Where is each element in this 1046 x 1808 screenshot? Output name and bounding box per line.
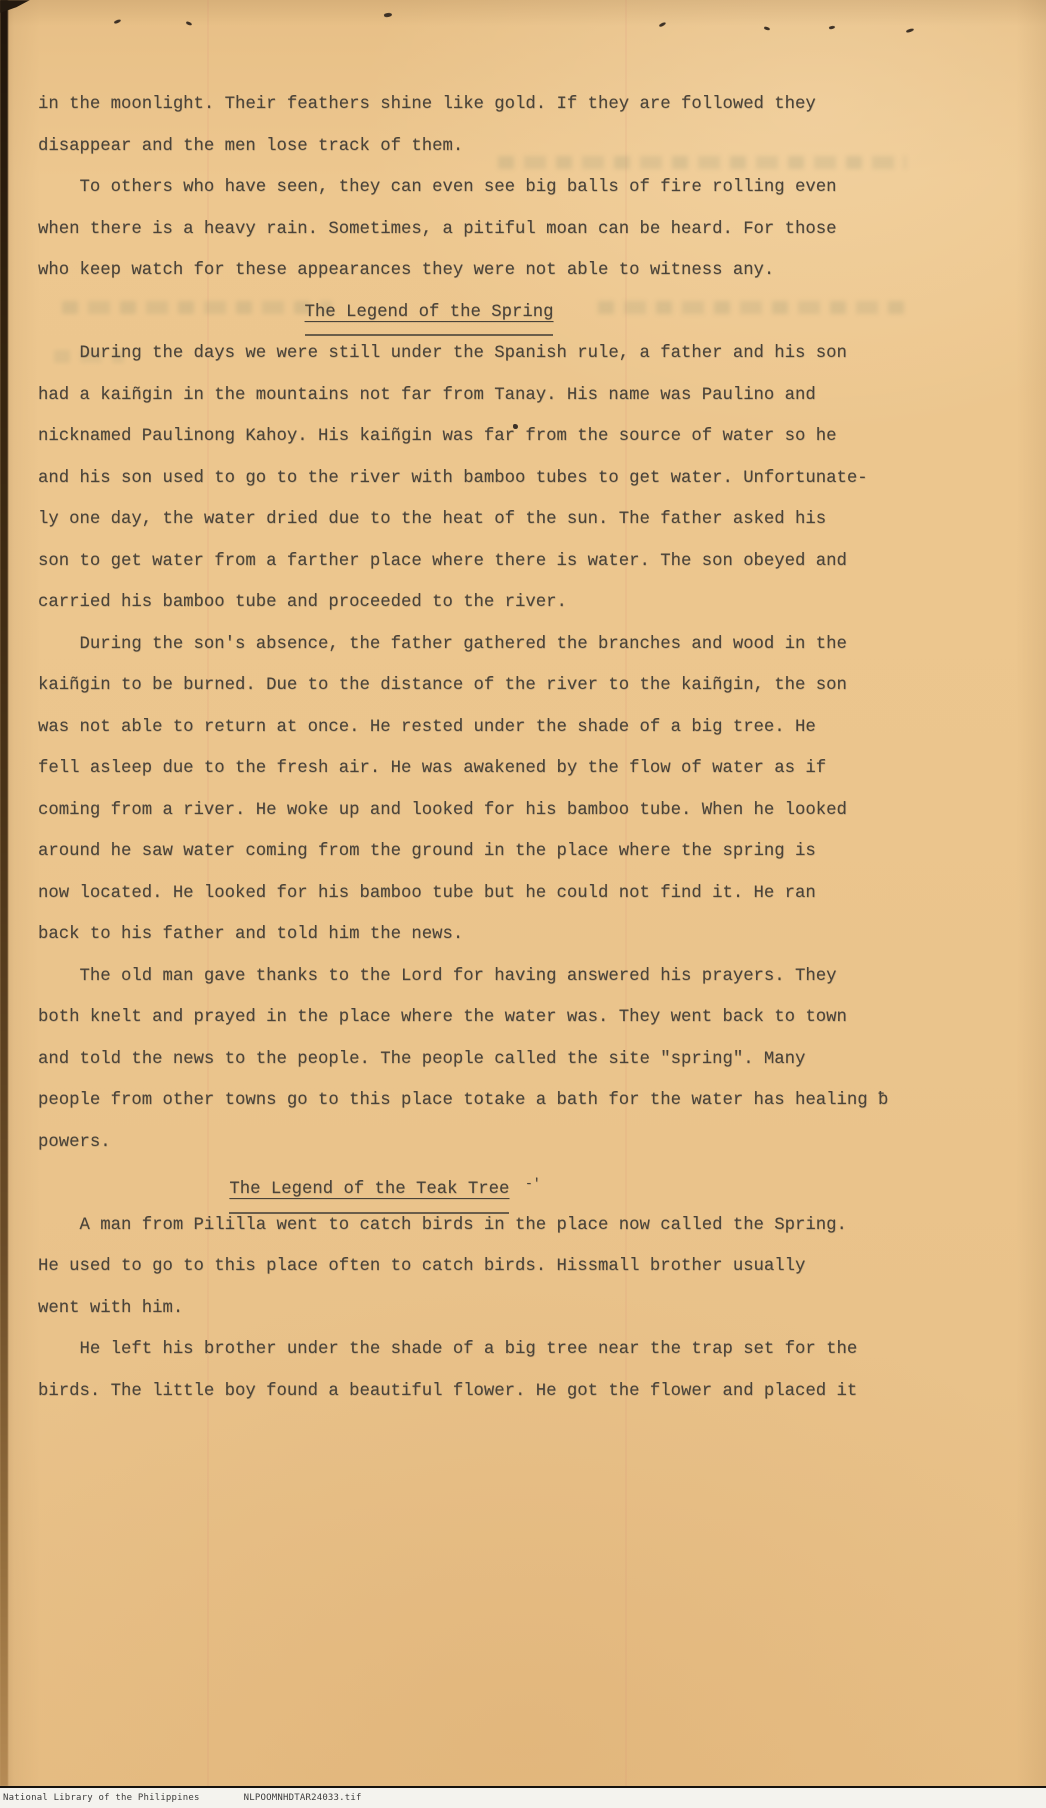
section-heading-text: The Legend of the Teak Tree (229, 1169, 509, 1214)
typewritten-line: back to his father and told him the news… (38, 914, 918, 956)
typewritten-line: During the son's absence, the father gat… (38, 624, 918, 666)
typewritten-line: He left his brother under the shade of a… (38, 1329, 918, 1371)
typewritten-line: coming from a river. He woke up and look… (38, 790, 918, 832)
typewritten-line: powers. (38, 1122, 918, 1164)
typewritten-line: carried his bamboo tube and proceeded to… (38, 582, 918, 624)
typewritten-line: in the moonlight. Their feathers shine l… (38, 84, 918, 126)
typewritten-line: now located. He looked for his bamboo tu… (38, 873, 918, 915)
section-heading: The Legend of the Spring (0, 292, 869, 334)
typewritten-line: when there is a heavy rain. Sometimes, a… (38, 209, 918, 251)
typewritten-line: ly one day, the water dried due to the h… (38, 499, 918, 541)
typewritten-line: son to get water from a farther place wh… (38, 541, 918, 583)
stray-mark: -' (509, 1176, 540, 1191)
typewritten-lines: in the moonlight. Their feathers shine l… (0, 0, 1046, 1412)
typewritten-line: The old man gave thanks to the Lord for … (38, 956, 918, 998)
digitization-footer-bar: National Library of the Philippines NLPO… (0, 1786, 1046, 1808)
typewritten-line: who keep watch for these appearances the… (38, 250, 918, 292)
typewritten-line: To others who have seen, they can even s… (38, 167, 918, 209)
section-heading: The Legend of the Teak Tree -' (0, 1163, 825, 1205)
section-heading-text: The Legend of the Spring (305, 292, 554, 337)
typewritten-line: and told the news to the people. The peo… (38, 1039, 918, 1081)
typewritten-line: people from other towns go to this place… (38, 1080, 918, 1122)
typewritten-line: went with him. (38, 1288, 918, 1330)
footer-filename-label: NLPOOMNHDTAR24033.tif (244, 1793, 362, 1803)
typewritten-line: around he saw water coming from the grou… (38, 831, 918, 873)
typewritten-line: fell asleep due to the fresh air. He was… (38, 748, 918, 790)
scanned-page: in the moonlight. Their feathers shine l… (0, 0, 1046, 1808)
footer-source-label: National Library of the Philippines (3, 1793, 200, 1803)
typewritten-line: birds. The little boy found a beautiful … (38, 1371, 918, 1413)
typewritten-line: had a kaiñgin in the mountains not far f… (38, 375, 918, 417)
typewritten-line: kaiñgin to be burned. Due to the distanc… (38, 665, 918, 707)
typewritten-line: nicknamed Paulinong Kahoy. His kaiñgin w… (38, 416, 918, 458)
typewritten-line: disappear and the men lose track of them… (38, 126, 918, 168)
typewritten-line: During the days we were still under the … (38, 333, 918, 375)
typewritten-line: He used to go to this place often to cat… (38, 1246, 918, 1288)
typewritten-line: and his son used to go to the river with… (38, 458, 918, 500)
typewritten-line: was not able to return at once. He reste… (38, 707, 918, 749)
typewritten-line: both knelt and prayed in the place where… (38, 997, 918, 1039)
